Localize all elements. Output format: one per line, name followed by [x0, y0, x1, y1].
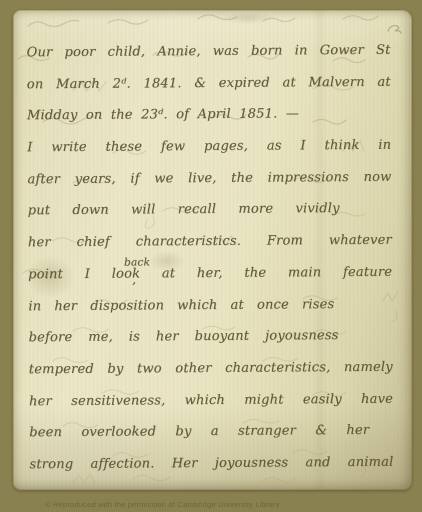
manuscript-line: after years, if we live, the impressions… — [27, 161, 391, 195]
manuscript-line: before me, is her buoyant joyousness — [28, 320, 338, 354]
manuscript-lines: Our poor child, Annie, was born in Gower… — [26, 35, 393, 481]
scanned-letter-page: Our poor child, Annie, was born in Gower… — [0, 0, 422, 512]
image-credit-line: © Reproduced with the permission of Camb… — [45, 500, 280, 509]
insertion-caret: , — [132, 272, 136, 286]
paper-stain — [213, 10, 283, 26]
manuscript-paper: Our poor child, Annie, was born in Gower… — [13, 10, 412, 490]
manuscript-line: been overlooked by a stranger & her — [29, 415, 369, 449]
manuscript-line: point I look at her, the main featurebac… — [28, 257, 392, 291]
manuscript-line: in her disposition which at once rises — [28, 289, 334, 323]
manuscript-line: Our poor child, Annie, was born in Gower… — [26, 35, 390, 69]
manuscript-line: on March 2ᵈ. 1841. & expired at Malvern … — [27, 66, 391, 100]
manuscript-line: Midday on the 23ᵈ. of April 1851. — — [27, 99, 299, 133]
manuscript-line: put down will recall more vividly — [28, 194, 340, 228]
manuscript-line: tempered by two other characteristics, n… — [29, 352, 393, 386]
inserted-word: back — [124, 255, 150, 269]
manuscript-line: strong affection. Her joyousness and ani… — [29, 447, 393, 481]
manuscript-line: her sensitiveness, which might easily ha… — [29, 383, 393, 417]
manuscript-line: I write these few pages, as I think in — [27, 130, 391, 164]
manuscript-line: her chief characteristics. From whatever — [28, 225, 392, 259]
